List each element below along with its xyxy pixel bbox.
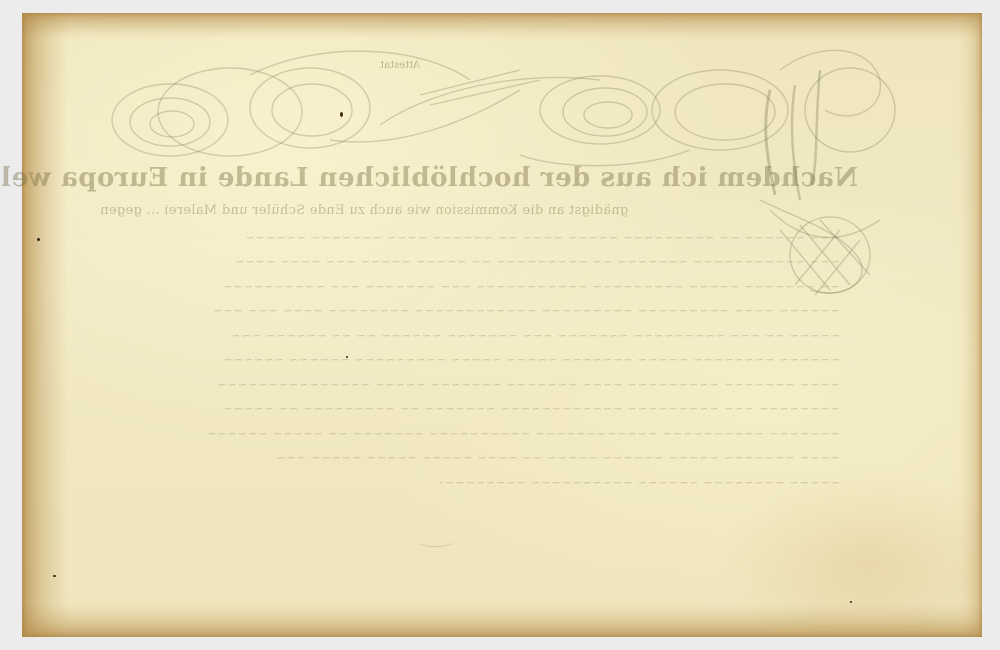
script-line: ~~~~~~ ~~~~ ~~~~~~~~~ ~~~~~~~~~ ~~~~~~~~… <box>100 303 840 317</box>
script-line: ~~~~ ~~~~~~~ ~~~~~~~~~ ~~~~ ~~~~~~~ ~~~~… <box>100 377 840 391</box>
script-line: ~~~ ~~~~~~~~~~~ ~~~~~~~ ~~ ~~~~~~~~~ ~~ … <box>100 254 840 268</box>
mirrored-subline: gnädigst an die Kommission wie auch zu E… <box>100 203 840 218</box>
script-line: ~~~~~ ~~ ~~~ ~~~~~~~~~ ~~~~~~~ ~~~ ~~~~~… <box>100 328 840 342</box>
script-line: ~~~~~~ ~~~~~~~~ ~~~~~ ~~~~~~~ ~~~~~ ~~~~… <box>100 352 840 366</box>
ink-speck <box>850 601 852 603</box>
script-line: ~~~~~ ~~~~~~~~ ~~~~~~ ~~~~~~~~~~ ~~~~~~~… <box>440 475 840 489</box>
script-line: ~~~~~~~ ~~~~~~~~~~ ~~~~~~~~~~~~ ~~~~~~~~… <box>100 426 840 440</box>
ink-speck <box>53 575 56 577</box>
signature-flourish <box>415 534 455 547</box>
calligraphic-flourish-icon <box>0 0 1000 650</box>
mirrored-headline: Nachdem ich aus der hochlöblichen Lande … <box>98 163 858 193</box>
ink-speck <box>346 356 348 358</box>
script-line: ~~~~~~~~ ~~~ ~~~~~~~~~ ~~~~~~~~~~~~ ~~~~… <box>100 401 840 415</box>
script-line: ~~~~ ~~~~~~~ ~~~~~ ~~~~~~ ~~~~~ ~~ ~~~~ … <box>100 450 840 464</box>
script-line: ~~~ ~~~~~~ ~~ ~~~~~~~~~ ~~~~~ ~~~~ ~~ ~~… <box>100 230 840 244</box>
ink-speck <box>340 112 343 117</box>
script-line: ~~ ~~~~~~~ ~~~~~ ~~~~~~~~~ ~~~~~~~~~~~ ~… <box>100 279 840 293</box>
ink-speck <box>37 238 40 241</box>
header-mark: Attestat <box>380 60 420 71</box>
